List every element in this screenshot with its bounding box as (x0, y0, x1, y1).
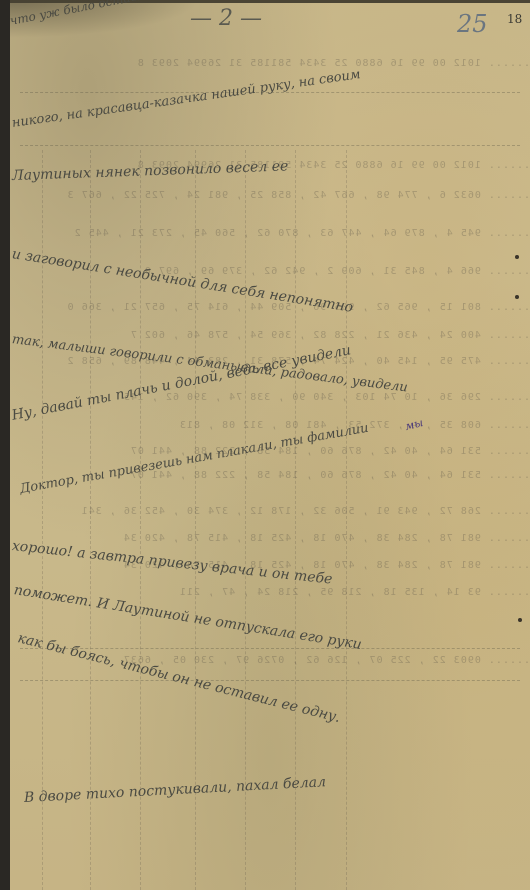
folio-number: 25 (457, 10, 488, 38)
ink-spot (515, 255, 519, 259)
bleed-through-row: ...... 608 35 , — , 372 53 , 481 08 , 31… (10, 420, 530, 434)
handwritten-line: как бы боясь, чтобы он не оставил ее одн… (16, 630, 342, 726)
folio-superscript: 18 (507, 12, 522, 26)
bleed-dashed-rule (20, 145, 520, 146)
bleed-through-row: ...... 0632 6 , 774 98 , 667 42 , 858 25… (10, 190, 530, 204)
page-number: — 2 — (190, 6, 262, 31)
handwritten-line: никого, на красавца-казачка нашей руку, … (11, 67, 362, 131)
bleed-dashed-rule (20, 680, 520, 681)
handwritten-line: В дворе тихо постукивали, пахал белал (24, 774, 327, 806)
bleed-through-row: ...... 268 72 , 943 91 , 506 32 , 178 12… (10, 506, 530, 520)
bleed-through-row: ...... 981 78 , 284 38 , 470 18 , 425 18… (10, 533, 530, 547)
bleed-through-row: ...... 1012 00 99 16 6880 25 3434 581185… (10, 58, 530, 72)
ink-spot (515, 295, 519, 299)
bleed-through-row: ...... 801 15 , 965 62 , 905 96 , 509 44… (10, 302, 530, 316)
bleed-column-rule (140, 150, 141, 890)
bleed-through-row: ...... 945 4 , 879 64 , 447 63 , 870 62 … (10, 228, 530, 242)
bleed-column-rule (346, 150, 347, 890)
ink-spot (518, 618, 522, 622)
document-page: ...... 1012 00 99 16 6880 25 3434 581185… (10, 0, 530, 890)
bleed-column-rule (195, 150, 196, 890)
